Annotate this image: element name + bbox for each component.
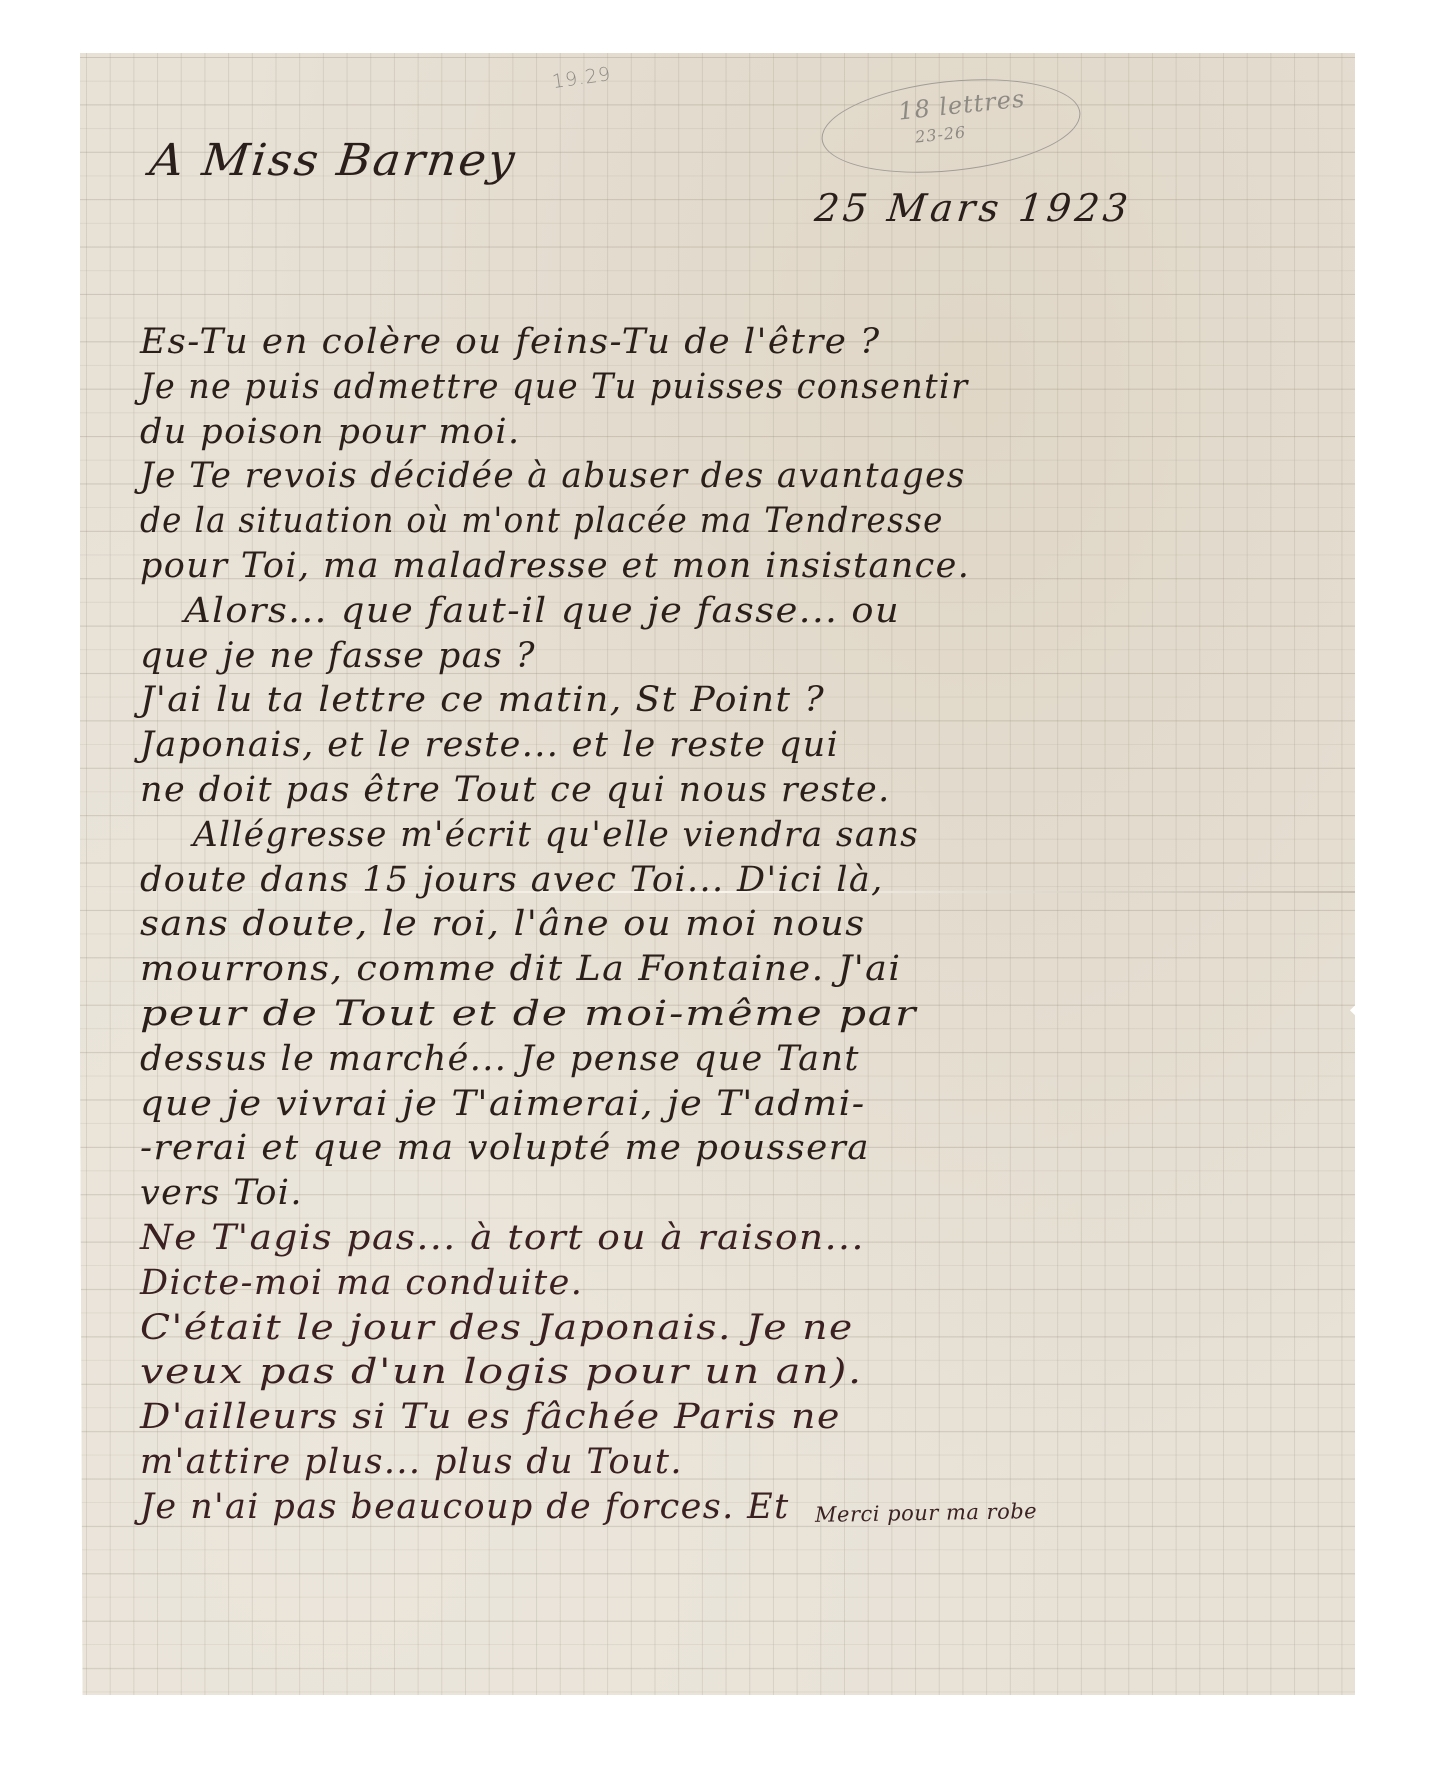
body-line: veux pas d'un logis pour un an). <box>140 1350 1440 1395</box>
body-line: Es-Tu en colère ou feins-Tu de l'être ? <box>140 320 1364 365</box>
body-line: J'ai lu ta lettre ce matin, St Point ? <box>140 678 1376 723</box>
body-line: sans doute, le roi, l'âne ou moi nous <box>140 902 1400 947</box>
pencil-reference-number: 19.29 <box>551 63 613 93</box>
body-line: peur de Tout et de moi-même par <box>140 992 1440 1037</box>
body-line: du poison pour moi. <box>140 410 1340 455</box>
body-line: vers Toi. <box>140 1171 1340 1216</box>
body-line: Ne T'agis pas... à tort ou à raison... <box>140 1216 1424 1261</box>
body-line: que je ne fasse pas ? <box>140 634 1340 679</box>
interlinear-note: Merci pour ma robe <box>815 1499 1037 1527</box>
body-line: Je Te revois décidée à abuser des avanta… <box>140 454 1316 499</box>
body-line: Dicte-moi ma conduite. <box>140 1261 1340 1306</box>
body-line: Japonais, et le reste... et le reste qui <box>140 723 1340 768</box>
body-line: que je vivrai je T'aimerai, je T'admi- <box>140 1082 1400 1127</box>
body-line: mourrons, comme dit La Fontaine. J'ai <box>140 947 1388 992</box>
body-line: -rerai et que ma volupté me poussera <box>140 1126 1364 1171</box>
body-line: doute dans 15 jours avec Toi... D'ici là… <box>140 858 1340 903</box>
body-line: pour Toi, ma maladresse et mon insistanc… <box>140 544 1340 589</box>
letter-body: Es-Tu en colère ou feins-Tu de l'être ? … <box>140 320 1340 1530</box>
letter-date: 25 Mars 1923 <box>813 186 1134 230</box>
body-line: m'attire plus... plus du Tout. <box>140 1440 1340 1485</box>
body-line: D'ailleurs si Tu es fâchée Paris ne <box>140 1395 1436 1440</box>
body-line: Alors... que faut-il que je fasse... ou <box>140 589 1400 634</box>
letter-page: 19.29 18 lettres 23-26 A Miss Barney 25 … <box>80 53 1355 1695</box>
body-line: de la situation où m'ont placée ma Tendr… <box>140 499 1256 544</box>
body-line: Je ne puis admettre que Tu puisses conse… <box>140 365 1292 410</box>
body-line: dessus le marché... Je pense que Tant <box>140 1037 1340 1082</box>
body-line: Allégresse m'écrit qu'elle viendra sans <box>140 813 1316 858</box>
body-line: C'était le jour des Japonais. Je ne <box>140 1306 1440 1351</box>
salutation: A Miss Barney <box>147 135 519 186</box>
body-line: ne doit pas être Tout ce qui nous reste. <box>140 768 1340 813</box>
body-line: Je n'ai pas beaucoup de forces. Et <box>140 1485 1340 1530</box>
